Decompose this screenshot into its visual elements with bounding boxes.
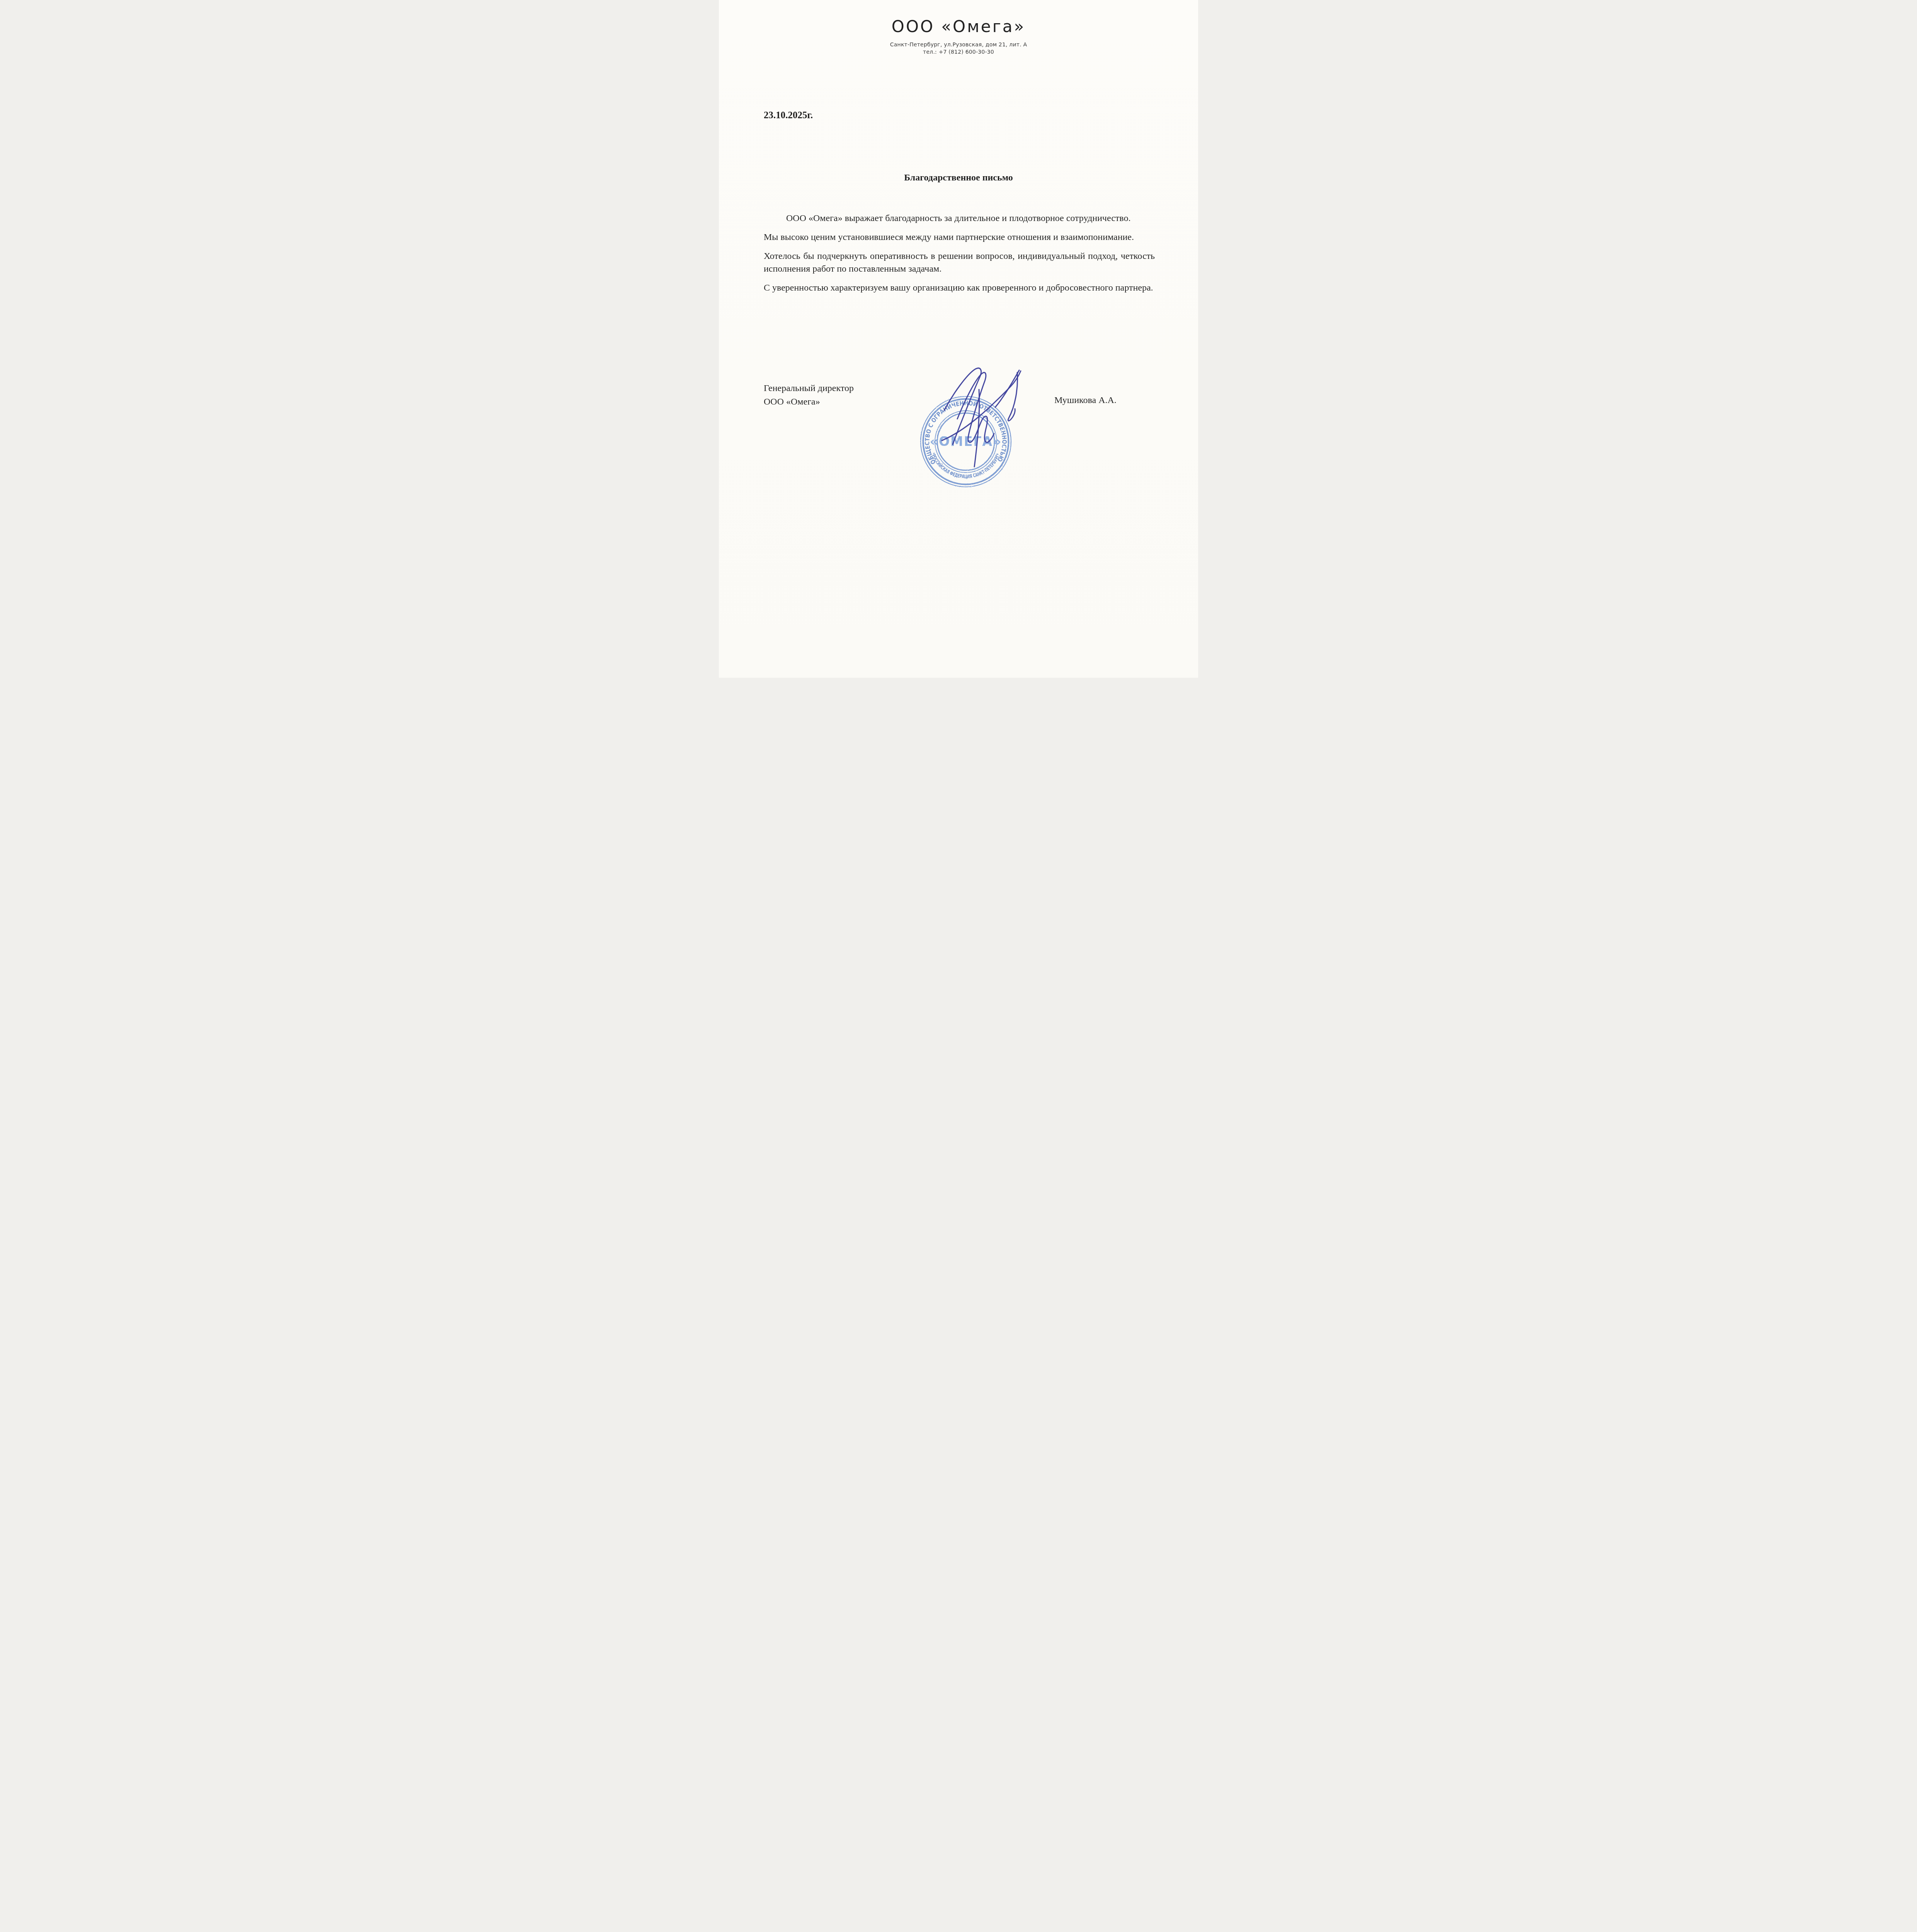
company-contacts: Санкт-Петербург, ул.Рузовская, дом 21, л…: [719, 41, 1198, 56]
company-phone: тел.: +7 (812) 600-30-30: [719, 49, 1198, 56]
scanned-letter-page: ООО «Омега» Санкт-Петербург, ул.Рузовска…: [719, 0, 1198, 678]
paragraph-3: Хотелось бы подчеркнуть оперативность в …: [764, 250, 1155, 276]
signer-role-line1: Генеральный директор: [764, 382, 854, 395]
letter-title: Благодарственное письмо: [719, 172, 1198, 184]
company-title: ООО «Омега»: [719, 17, 1198, 36]
signer-role-line2: ООО «Омега»: [764, 395, 854, 409]
paragraph-2: Мы высоко ценим установившиеся между нам…: [764, 231, 1155, 244]
handwritten-signature: [937, 352, 1076, 476]
handwritten-signature-icon: [937, 352, 1076, 476]
paragraph-4: С уверенностью характеризуем вашу органи…: [764, 282, 1155, 294]
paragraph-1: ООО «Омега» выражает благодарность за дл…: [764, 212, 1155, 225]
letterhead: ООО «Омега» Санкт-Петербург, ул.Рузовска…: [719, 0, 1198, 56]
signer-role-block: Генеральный директор ООО «Омега»: [764, 382, 854, 409]
letter-body: ООО «Омега» выражает благодарность за дл…: [764, 212, 1155, 294]
company-address: Санкт-Петербург, ул.Рузовская, дом 21, л…: [719, 41, 1198, 49]
letter-date: 23.10.2025г.: [764, 111, 1198, 120]
